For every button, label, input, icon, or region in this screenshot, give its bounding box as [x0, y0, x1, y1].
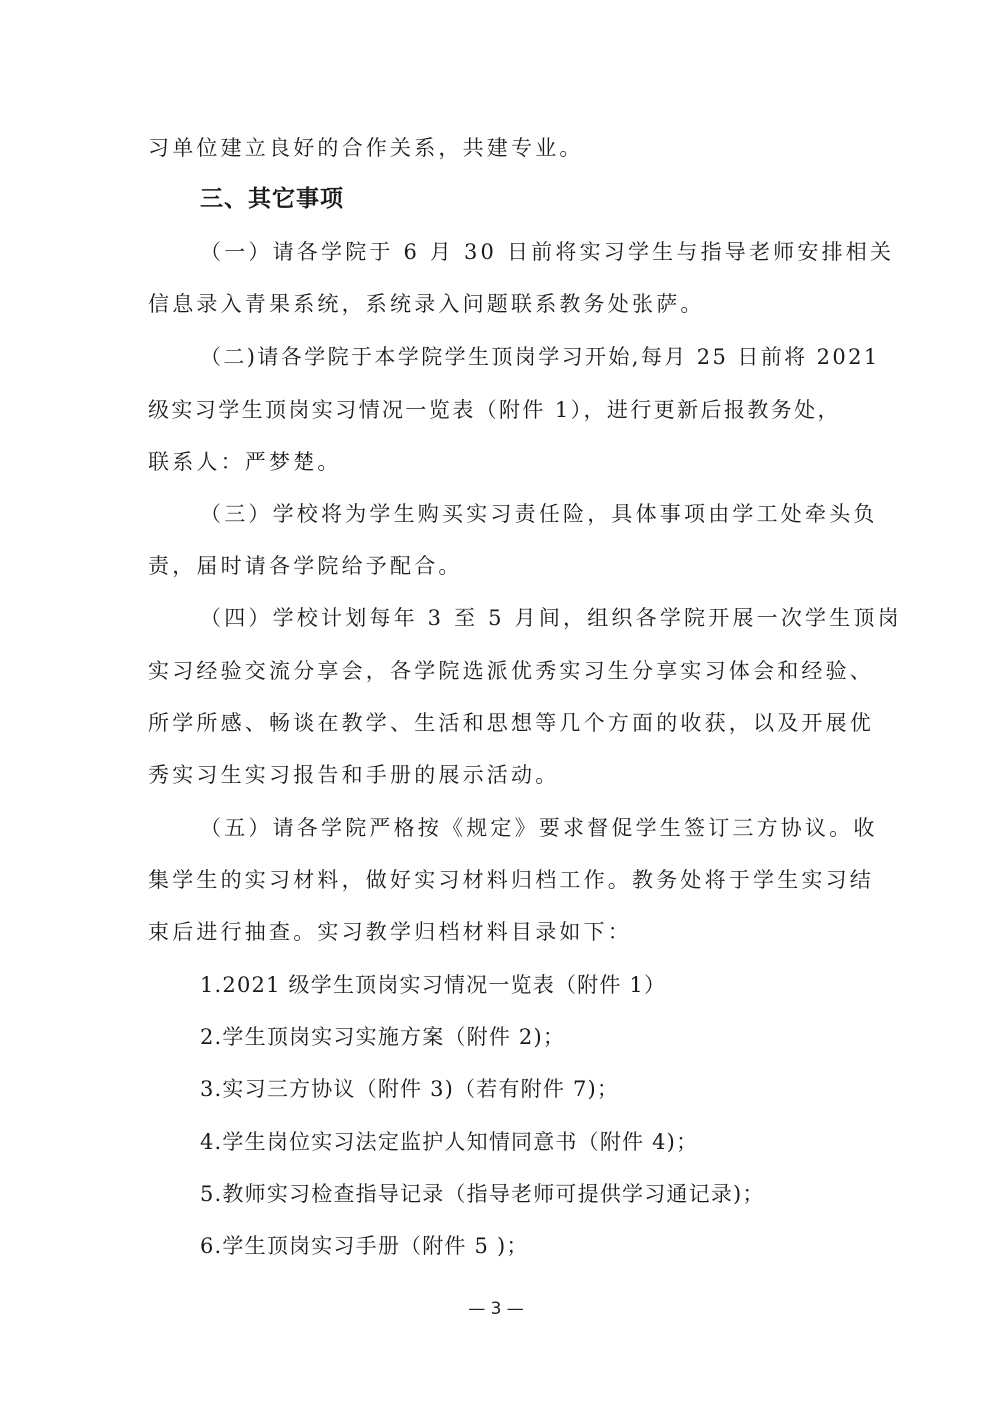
paragraph-line: （四）学校计划每年 3 至 5 月间，组织各学院开展一次学生顶岗 — [200, 604, 900, 632]
paragraph-line: （五）请各学院严格按《规定》要求督促学生签订三方协议。收 — [200, 814, 900, 842]
list-item: 1.2021 级学生顶岗实习情况一览表（附件 1） — [200, 971, 900, 999]
page-number: — 3 — — [0, 1299, 992, 1319]
document-page: 习单位建立良好的合作关系，共建专业。 三、其它事项 （一）请各学院于 6 月 3… — [0, 0, 992, 1403]
paragraph-line: 实习经验交流分享会，各学院选派优秀实习生分享实习体会和经验、 — [148, 657, 848, 685]
paragraph-line: 联系人：严梦楚。 — [148, 448, 848, 476]
list-item: 6.学生顶岗实习手册（附件 5 )； — [200, 1232, 900, 1260]
paragraph-line: 信息录入青果系统，系统录入问题联系教务处张萨。 — [148, 290, 848, 318]
list-item: 5.教师实习检查指导记录（指导老师可提供学习通记录)； — [200, 1180, 900, 1208]
paragraph-line: 集学生的实习材料，做好实习材料归档工作。教务处将于学生实习结 — [148, 866, 848, 894]
paragraph-line: 束后进行抽查。实习教学归档材料目录如下： — [148, 918, 848, 946]
paragraph-line: 级实习学生顶岗实习情况一览表（附件 1），进行更新后报教务处， — [148, 396, 848, 424]
paragraph-line: （二)请各学院于本学院学生顶岗学习开始,每月 25 日前将 2021 — [200, 343, 900, 371]
paragraph-line: 秀实习生实习报告和手册的展示活动。 — [148, 761, 848, 789]
paragraph-line: （一）请各学院于 6 月 30 日前将实习学生与指导老师安排相关 — [200, 238, 900, 266]
list-item: 3.实习三方协议（附件 3)（若有附件 7)； — [200, 1075, 900, 1103]
list-item: 4.学生岗位实习法定监护人知情同意书（附件 4)； — [200, 1128, 900, 1156]
paragraph-line: 所学所感、畅谈在教学、生活和思想等几个方面的收获，以及开展优 — [148, 709, 848, 737]
paragraph-line: 责，届时请各学院给予配合。 — [148, 552, 848, 580]
paragraph-line: （三）学校将为学生购买实习责任险，具体事项由学工处牵头负 — [200, 500, 900, 528]
paragraph-line: 习单位建立良好的合作关系，共建专业。 — [148, 134, 848, 162]
list-item: 2.学生顶岗实习实施方案（附件 2)； — [200, 1023, 900, 1051]
section-heading: 三、其它事项 — [200, 185, 900, 213]
